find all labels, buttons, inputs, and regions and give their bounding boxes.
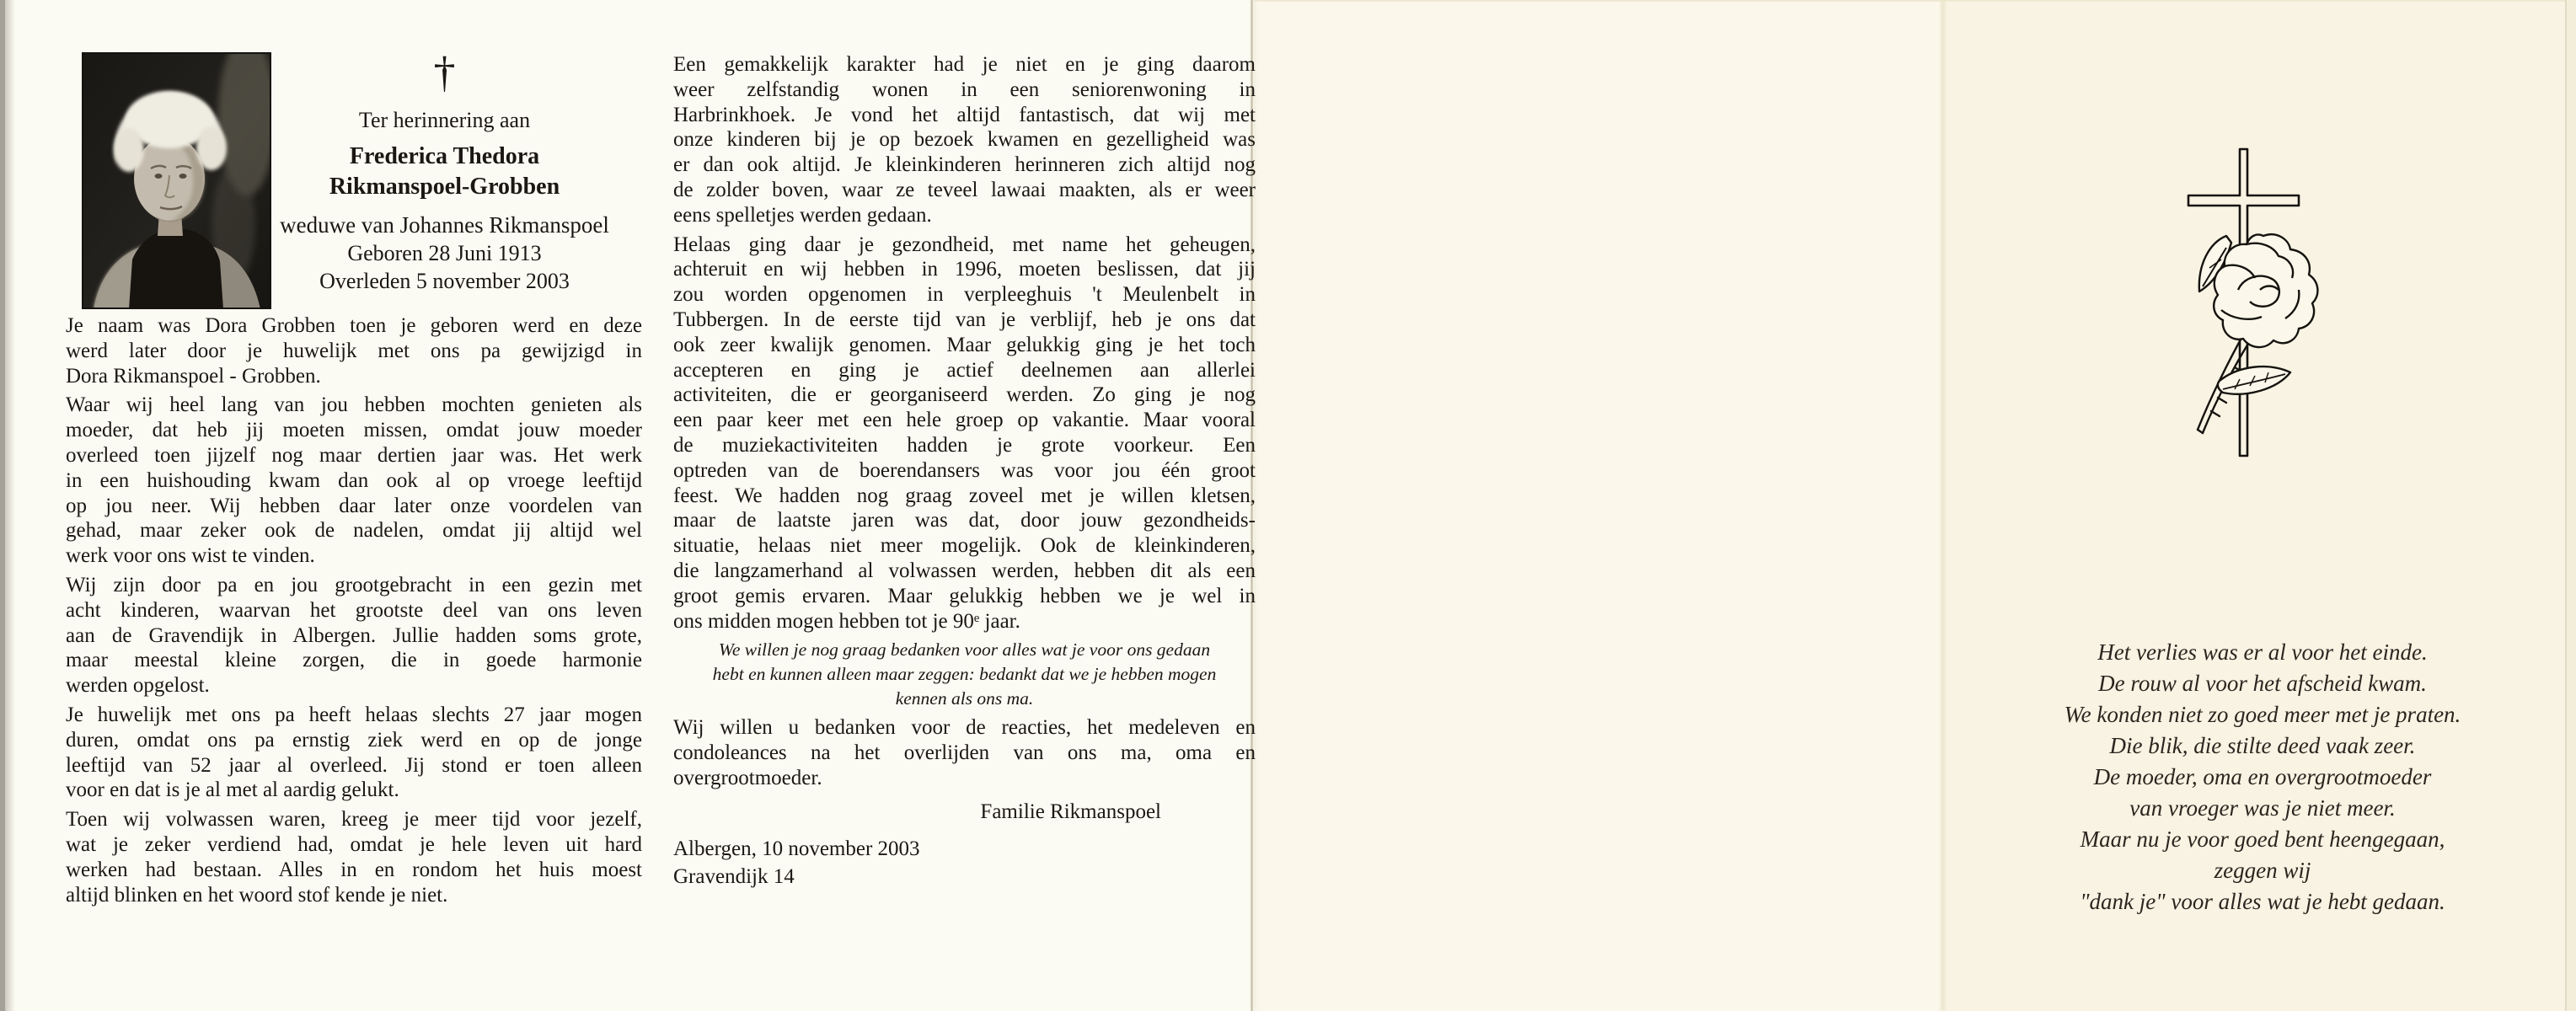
text-line: Harbrinkhoek. Je vond het altijd fantast… <box>673 103 1256 128</box>
text-line: Helaas ging daar je gezondheid, met name… <box>673 233 1256 258</box>
paragraph: Je huwelijk met ons pa heeft helaas slec… <box>66 703 642 803</box>
text-line: Een gemakkelijk karakter had je niet en … <box>673 52 1256 78</box>
text-line: duren, omdat ons pa ernstig ziek werd en… <box>66 728 642 753</box>
text-line: kennen als ons ma. <box>673 687 1256 711</box>
paragraph: Toen wij volwassen waren, kreeg je meer … <box>66 807 642 907</box>
text-line: hebt en kunnen alleen maar zeggen: bedan… <box>673 662 1256 687</box>
text-line: de muziekactiviteiten hadden je grote vo… <box>673 433 1256 458</box>
text-line: werden opgelost. <box>66 673 642 698</box>
card-left-edge-shadow <box>5 0 15 1011</box>
dagger-cross-icon: † <box>257 49 632 98</box>
text-line: Wij willen u bedanken voor de reacties, … <box>673 715 1256 741</box>
text-line: er dan ook altijd. Je kleinkinderen heri… <box>673 152 1256 178</box>
text-line: overleed toen jijzelf nog maar dertien j… <box>66 443 642 468</box>
text-line: zeggen wij <box>1986 855 2539 886</box>
paragraph: Helaas ging daar je gezondheid, met name… <box>673 233 1256 634</box>
text-line: van vroeger was je niet meer. <box>1986 793 2539 824</box>
text-line: De moeder, oma en overgrootmoeder <box>1986 762 2539 793</box>
text-line: aan de Gravendijk in Albergen. Jullie ha… <box>66 623 642 649</box>
text-line: Toen wij volwassen waren, kreeg je meer … <box>66 807 642 832</box>
died-line: Overleden 5 november 2003 <box>257 267 632 295</box>
left-text-column: Je naam was Dora Grobben toen je geboren… <box>66 313 642 907</box>
text-line: activiteiten, die er georganiseerd werde… <box>673 382 1256 408</box>
text-line: altijd blinken en het woord stof kende j… <box>66 883 642 908</box>
place-date-line: Albergen, 10 november 2003 <box>673 836 1256 862</box>
address-line: Gravendijk 14 <box>673 864 1256 890</box>
text-line: groot gemis ervaren. Maar gelukkig hebbe… <box>673 584 1256 609</box>
deceased-name-line2: Rikmanspoel-Grobben <box>257 172 632 202</box>
signature: Familie Rikmanspoel <box>980 799 1161 825</box>
born-line: Geboren 28 Juni 1913 <box>257 239 632 267</box>
fold-line-right <box>1941 0 1945 1011</box>
blank-middle-panel <box>1254 0 1944 1011</box>
text-line: situatie, helaas niet meer mogelijk. Ook… <box>673 533 1256 559</box>
relation-line: weduwe van Johannes Rikmanspoel <box>257 211 632 239</box>
card-right-margin <box>2567 0 2576 1011</box>
text-line: gehad, maar zeker ook de nadelen, omdat … <box>66 518 642 543</box>
text-line: leeftijd van 52 jaar al overleed. Jij st… <box>66 753 642 778</box>
text-line: werk voor ons wist te vinden. <box>66 543 642 569</box>
text-line: De rouw al voor het afscheid kwam. <box>1986 668 2539 699</box>
text-line: Je naam was Dora Grobben toen je geboren… <box>66 313 642 339</box>
text-line: werken had bestaan. Alles in en rondom h… <box>66 858 642 883</box>
text-line: ook zeer kwalijk genomen. Maar gelukkig … <box>673 333 1256 358</box>
text-line: zou worden opgenomen in verpleeghuis 't … <box>673 282 1256 308</box>
text-line: Het verlies was er al voor het einde. <box>1986 637 2539 668</box>
memorial-poem: Het verlies was er al voor het einde.De … <box>1986 637 2539 917</box>
cross-rose-artwork <box>2184 147 2363 460</box>
portrait-photo <box>82 52 271 309</box>
text-line: wat je zeker verdiend had, omdat je hele… <box>66 832 642 858</box>
memorial-header: † Ter herinnering aan Frederica Thedora … <box>257 49 632 295</box>
text-line: maar de laatste jaren was dat, door jouw… <box>673 508 1256 533</box>
thanks-note: We willen je nog graag bedanken voor all… <box>673 638 1256 711</box>
scanned-memorial-card: † Ter herinnering aan Frederica Thedora … <box>0 0 2576 1011</box>
text-line: voor en dat is je al met al aardig geluk… <box>66 778 642 803</box>
text-line: "dank je" voor alles wat je hebt gedaan. <box>1986 886 2539 917</box>
paragraph: Je naam was Dora Grobben toen je geboren… <box>66 313 642 388</box>
text-line: werd later door je huwelijk met ons pa g… <box>66 339 642 364</box>
middle-text-column: Een gemakkelijk karakter had je niet en … <box>673 52 1256 890</box>
text-line: Tubbergen. In de eerste tijd van je verb… <box>673 308 1256 333</box>
text-line: acht kinderen, waarvan het grootste deel… <box>66 598 642 623</box>
text-line: ons midden mogen hebben tot je 90ᵉ jaar. <box>673 609 1256 634</box>
deceased-name-line1: Frederica Thedora <box>257 142 632 172</box>
card-top-edge <box>1254 0 2576 2</box>
text-line: accepteren en ging je actief deelnemen a… <box>673 358 1256 383</box>
text-line: op jou neer. Wij hebben daar later onze … <box>66 494 642 519</box>
paragraph: Wij zijn door pa en jou grootgebracht in… <box>66 573 642 698</box>
text-line: onze kinderen bij je op bezoek kwamen en… <box>673 127 1256 152</box>
intro-line: Ter herinnering aan <box>257 108 632 133</box>
text-line: Maar nu je voor goed bent heengegaan, <box>1986 824 2539 855</box>
text-line: in een huishouding kwam dan ook al op vr… <box>66 468 642 494</box>
text-line: Die blik, die stilte deed vaak zeer. <box>1986 730 2539 762</box>
text-line: Je huwelijk met ons pa heeft helaas slec… <box>66 703 642 728</box>
text-line: overgrootmoeder. <box>673 766 1256 791</box>
closing-paragraph: Wij willen u bedanken voor de reacties, … <box>673 715 1256 790</box>
text-line: We willen je nog graag bedanken voor all… <box>673 638 1256 662</box>
text-line: weer zelfstandig wonen in een seniorenwo… <box>673 78 1256 103</box>
text-line: Waar wij heel lang van jou hebben mochte… <box>66 393 642 418</box>
text-line: feest. We hadden nog graag zoveel met je… <box>673 484 1256 509</box>
paragraph: Een gemakkelijk karakter had je niet en … <box>673 52 1256 228</box>
text-line: optreden van de boerendansers was voor j… <box>673 458 1256 484</box>
text-line: Dora Rikmanspoel - Grobben. <box>66 364 642 389</box>
text-line: die langzamerhand al volwassen werden, h… <box>673 559 1256 584</box>
paragraph: Waar wij heel lang van jou hebben mochte… <box>66 393 642 569</box>
text-line: eens spelletjes werden gedaan. <box>673 203 1256 228</box>
text-line: moeder, dat heb jij moeten missen, omdat… <box>66 418 642 443</box>
text-line: maar meestal kleine zorgen, die in goede… <box>66 648 642 673</box>
text-line: We konden niet zo goed meer met je prate… <box>1986 699 2539 730</box>
text-line: de zolder boven, waar ze teveel lawaai m… <box>673 178 1256 203</box>
text-line: Wij zijn door pa en jou grootgebracht in… <box>66 573 642 598</box>
text-line: achteruit en wij hebben in 1996, moeten … <box>673 257 1256 282</box>
text-line: een paar keer met een hele groep op vaka… <box>673 408 1256 433</box>
text-line: condoleances na het overlijden van ons m… <box>673 741 1256 766</box>
